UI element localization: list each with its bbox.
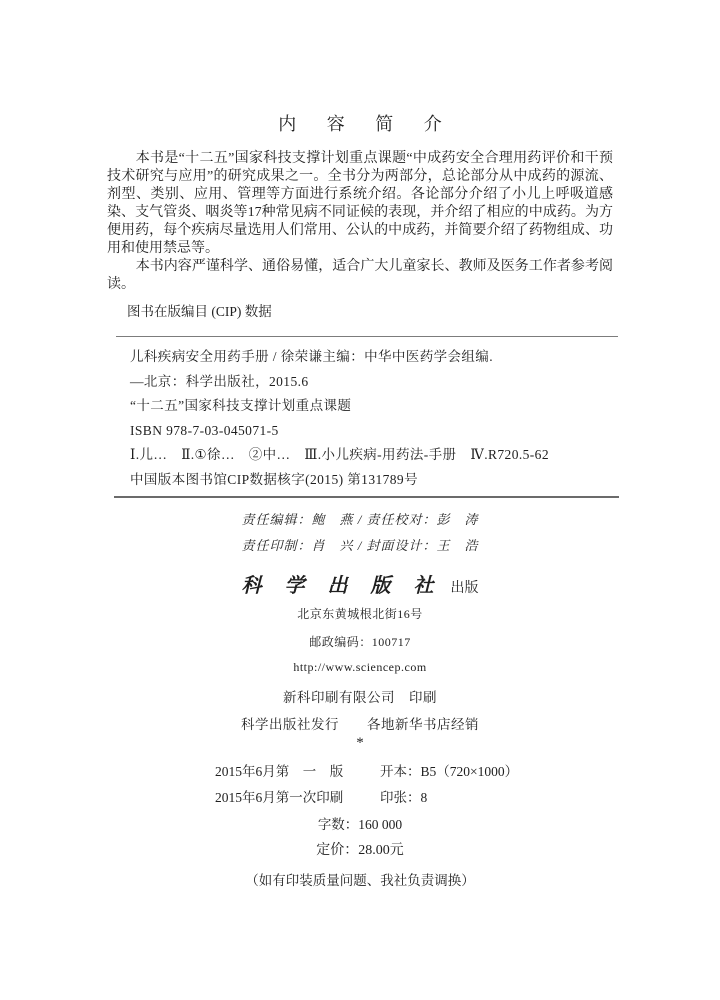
publisher-line: 科 学 出 版 社 出版 [0, 569, 720, 598]
intro-section: 本书是“十二五”国家科技支撑计划重点课题“中成药安全合理用药评价和干预技术研究与… [107, 150, 613, 294]
cip-title-statement: 儿科疾病安全用药手册 / 徐荣谦主编：中华中医药学会组编. [130, 345, 626, 370]
cip-divider-top [116, 336, 618, 337]
cip-record-number: 中国版本图书馆CIP数据核字(2015) 第131789号 [130, 468, 626, 493]
cip-classification: Ⅰ.儿… Ⅱ.①徐… ②中… Ⅲ.小儿疾病-用药法-手册 Ⅳ.R720.5-62 [130, 443, 626, 468]
sheets-spec: 印张：8 [380, 786, 427, 806]
printer-line: 新科印刷有限公司 印刷 [0, 686, 720, 706]
cip-publication-statement: —北京：科学出版社，2015.6 [130, 370, 626, 395]
distribution-line: 科学出版社发行 各地新华书店经销 [0, 713, 720, 733]
cip-header: 图书在版编目 (CIP) 数据 [127, 300, 272, 320]
quality-notice: （如有印装质量问题、我社负责调换） [0, 869, 720, 889]
publisher-address: 北京东黄城根北街16号 [0, 605, 720, 622]
section-divider-star: * [0, 735, 720, 752]
format-spec: 开本：B5（720×1000） [380, 760, 518, 780]
price: 定价：28.00元 [0, 839, 720, 859]
staff-editors-line: 责任编辑：鲍 燕 / 责任校对：彭 涛 [0, 507, 720, 533]
publisher-postcode: 邮政编码：100717 [0, 633, 720, 650]
cip-series-statement: “十二五”国家科技支撑计划重点课题 [130, 394, 626, 419]
staff-credits: 责任编辑：鲍 燕 / 责任校对：彭 涛 责任印制：肖 兴 / 封面设计：王 浩 [0, 507, 720, 558]
edition-date: 2015年6月第 一 版 [215, 760, 343, 780]
cip-data-block: 儿科疾病安全用药手册 / 徐荣谦主编：中华中医药学会组编. —北京：科学出版社，… [130, 345, 626, 492]
cip-isbn: ISBN 978-7-03-045071-5 [130, 419, 626, 444]
cip-divider-bottom [114, 496, 619, 498]
publisher-name: 科 学 出 版 社 [242, 575, 443, 597]
page-title: 内 容 简 介 [0, 110, 720, 136]
staff-printing-design-line: 责任印制：肖 兴 / 封面设计：王 浩 [0, 533, 720, 559]
publisher-website: http://www.sciencep.com [0, 660, 720, 675]
intro-paragraph-2: 本书内容严谨科学、通俗易懂，适合广大儿童家长、教师及医务工作者参考阅读。 [107, 258, 613, 294]
word-count: 字数：160 000 [0, 813, 720, 833]
publisher-role: 出版 [451, 581, 479, 596]
print-date: 2015年6月第一次印刷 [215, 786, 343, 806]
intro-paragraph-1: 本书是“十二五”国家科技支撑计划重点课题“中成药安全合理用药评价和干预技术研究与… [107, 150, 613, 258]
